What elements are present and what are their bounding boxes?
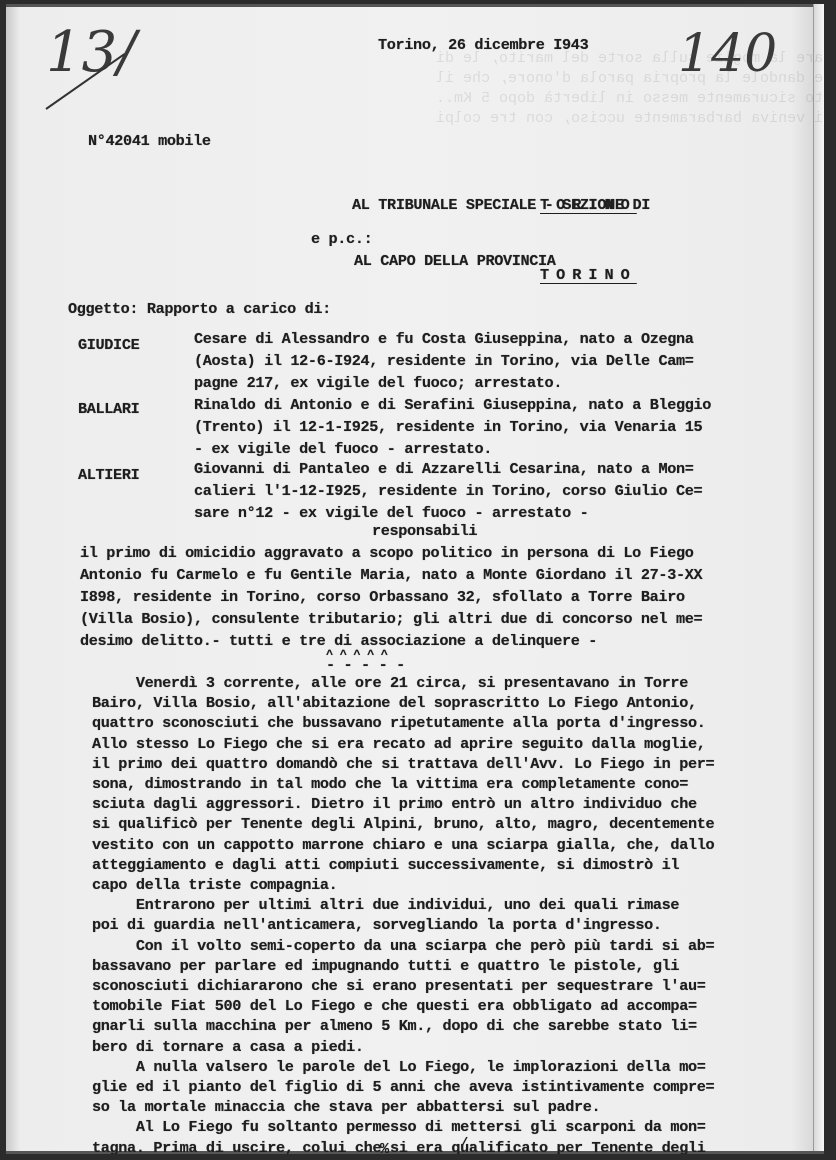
body-line: sciuta dagli aggressori. Dietro il primo… [92,795,697,813]
accused-detail: Rinaldo di Antonio e di Serafini Giusepp… [194,396,711,414]
body-line: quattro sconosciuti che bussavano ripetu… [92,714,705,732]
accused-detail: Cesare di Alessandro e fu Costa Giuseppi… [194,330,694,348]
recipient-prefect-city: TORINO [540,266,637,284]
accused-surname: GIUDICE [78,336,139,354]
protocol-number: N°42041 mobile [88,132,211,150]
body-line: so la mortale minaccia che stava per abb… [92,1098,600,1116]
continuation-mark: ./. [454,1134,475,1152]
body-line: sona, dimostrando in tal modo che la vit… [92,775,688,793]
footer-symbol: % [380,1140,389,1154]
accused-detail: (Aosta) il 12-6-I924, residente in Torin… [194,352,694,370]
body-line: Al Lo Fiego fu soltanto permesso di mett… [92,1118,705,1136]
body-line: atteggiamento e dagli atti compiuti succ… [92,856,679,874]
body-line: Con il volto semi-coperto da una sciarpa… [92,937,714,955]
body-line: capo della triste compagnia. [92,876,337,894]
accused-detail: (Trento) il 12-1-I925, residente in Tori… [194,418,702,436]
body-line: bassavano per parlare ed impugnando tutt… [92,957,679,975]
body-line: vestito con un cappotto marrone chiaro e… [92,836,714,854]
body-line: gnarli sulla macchina per almeno 5 Km., … [92,1017,697,1035]
charge-line: I898, residente in Torino, corso Orbassa… [80,588,685,606]
cc-label: e p.c.: [311,230,372,248]
recipient-tribunal-city: TORINO [540,196,637,214]
accused-detail: Giovanni di Pantaleo e di Azzarelli Cesa… [194,460,694,478]
accused-detail: - ex vigile del fuoco - arrestato. [194,440,492,458]
body-line: tagna. Prima di uscire, colui che si era… [92,1139,705,1154]
recipient-prefect: AL CAPO DELLA PROVINCIA [354,252,556,270]
body-line: poi di guardia nell'anticamera, sorvegli… [92,916,662,934]
charge-line: Antonio fu Carmelo e fu Gentile Maria, n… [80,566,702,584]
body-line: Venerdì 3 corrente, alle ore 21 circa, s… [92,674,688,692]
body-line: tomobile Fiat 500 del Lo Fiego e che que… [92,997,697,1015]
accused-detail: sare n°12 - ex vigile del fuoco - arrest… [194,504,588,522]
body-line: bero di tornare a casa a piedi. [92,1038,364,1056]
body-line: Bairo, Villa Bosio, all'abitazione del s… [92,694,697,712]
body-line: A nulla valsero le parole del Lo Fiego, … [92,1058,705,1076]
accused-detail: calieri l'1-12-I925, residente in Torino… [194,482,702,500]
accused-surname: ALTIERI [78,466,139,484]
document-page: Alpini, per tranquillizzare la moglie su… [6,4,824,1154]
responsabili-label: responsabili [372,522,477,540]
page-top-edge [6,4,824,7]
body-line: Allo stesso Lo Fiego che si era recato a… [92,735,705,753]
handwritten-folio-right: 140 [678,24,777,84]
page-binding-edge [813,4,824,1154]
charge-line: il primo di omicidio aggravato a scopo p… [80,544,693,562]
document-date: Torino, 26 dicembre I943 [378,36,588,54]
body-line: glie ed il pianto del figlio di 5 anni c… [92,1078,714,1096]
accused-surname: BALLARI [78,400,139,418]
body-line: sconosciuti dichiararono che si erano pr… [92,977,705,995]
body-line: si qualificò per Tenente degli Alpini, b… [92,815,714,833]
separator-dashes: - - - - - [326,656,405,674]
body-line: Entrarono per ultimi altri due individui… [92,896,679,914]
charge-line: (Villa Bosio), consulente tributario; gl… [80,610,702,628]
subject-line: Oggetto: Rapporto a carico di: [68,300,331,318]
body-line: il primo dei quattro domandò che si trat… [92,755,714,773]
accused-detail: pagne 217, ex vigile del fuoco; arrestat… [194,374,562,392]
